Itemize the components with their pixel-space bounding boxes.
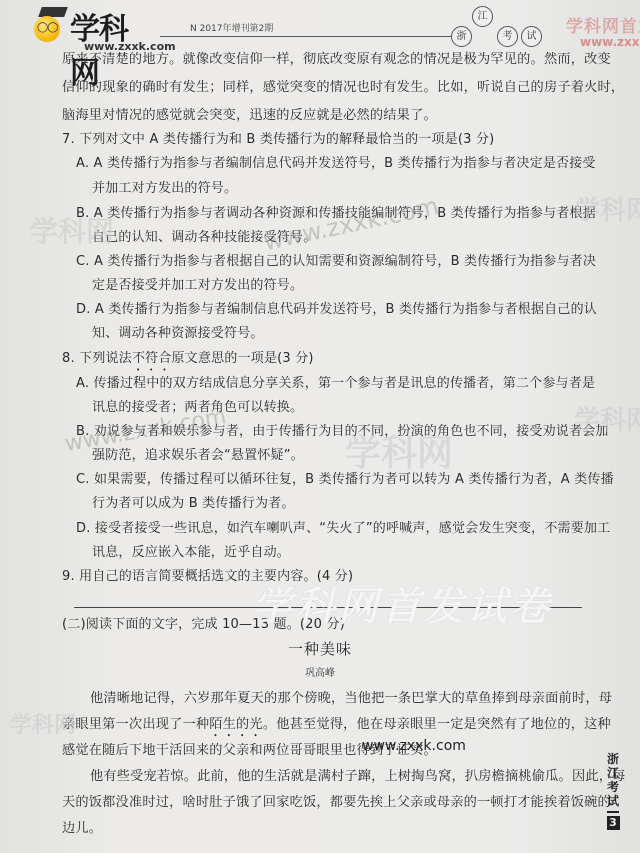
side-tab: 浙 江 考 试 3	[602, 752, 624, 830]
side-tab-char: 浙	[607, 752, 619, 766]
scanned-page: ◯◯ 学科网 www.zxxk.com N 2017年增刊第2期 浙 江 考 试…	[0, 0, 640, 853]
q7-option-a-cont: 并加工对方发出的符号。	[92, 178, 237, 200]
article-paragraph-line: 天的饭都没准时过，啥时肚子饿了回家吃饭，都要先挨上父亲或母亲的一顿打才能挨着饭碗…	[62, 792, 611, 814]
option-text: A 类传播行为指参与者根据自己的认知需要和资源编制符号，B 类传播行为指参与者决	[94, 254, 596, 269]
side-tab-char: 考	[607, 780, 619, 794]
side-tab-char: 试	[607, 794, 619, 808]
q8-option-b-cont: 强防范，追求娱乐者会“悬置怀疑”。	[92, 445, 304, 467]
article-paragraph-line: 他清晰地记得，六岁那年夏天的那个傍晚，当他把一条巴掌大的草鱼捧到母亲面前时，母	[90, 688, 612, 710]
seal-kao-icon: 考	[497, 26, 518, 47]
q7-option-d: D. A 类传播行为指参与者编制信息代码并发送符号，B 类传播行为指参与者根据自…	[76, 299, 597, 321]
option-text: A 类传播行为指参与者编制信息代码并发送符号，B 类传播行为指参与者决定是否接受	[94, 156, 596, 171]
option-text: 传播过程中的双方结成信息分享关系，第一个参与者是讯息的传播者，第二个参与者是	[94, 376, 596, 391]
stem-text: 8. 下列说法	[62, 351, 132, 366]
option-label: C.	[76, 472, 90, 487]
option-label: D.	[76, 521, 91, 536]
option-text: 接受者接受一些讯息，如汽车喇叭声、“失火了”的呼喊声，感觉会发生突变，不需要加工	[95, 521, 610, 536]
side-tab-dash	[607, 811, 619, 813]
watermark-url: www.zxxk.com	[362, 738, 466, 754]
option-label: C.	[76, 254, 90, 269]
seal-jiang-icon: 江	[472, 6, 493, 27]
side-tab-char: 江	[607, 766, 619, 780]
q8-option-a: A. 传播过程中的双方结成信息分享关系，第一个参与者是讯息的传播者，第二个参与者…	[76, 373, 595, 395]
question-7-stem: 7. 下列对文中 A 类传播行为和 B 类传播行为的解释最恰当的一项是(3 分)	[62, 129, 494, 151]
watermark-logo: 学科网	[345, 425, 453, 476]
article-paragraph-line: 他有些受宠若惊。此前，他的生活就是满村子蹿，上树掏鸟窝，扒房檐摘桃偷瓜。因此，每	[90, 766, 626, 788]
passage-line: 信仰的现象的确时有发生；同样，感觉突变的情况也时有发生。比如，听说自己的房子着火…	[62, 77, 624, 99]
article-paragraph-line: 亲眼里第一次出现了一种陌生的光。他甚至觉得，他在母亲眼里一定是突然有了地位的，这…	[62, 714, 611, 740]
page-header: ◯◯ 学科网 www.zxxk.com N 2017年增刊第2期 浙 江 考 试…	[0, 0, 640, 50]
question-8-stem: 8. 下列说法不符合原文意思的一项是(3 分)	[62, 348, 314, 374]
q7-option-c: C. A 类传播行为指参与者根据自己的认知需要和资源编制符号，B 类传播行为指参…	[76, 251, 596, 273]
watermark-logo: 学科网	[30, 210, 114, 250]
q7-option-c-cont: 定是否接受并加工对方发出的符号。	[92, 275, 303, 297]
seal-shi-icon: 试	[521, 26, 542, 47]
zxxk-logo: ◯◯ 学科网 www.zxxk.com	[4, 2, 154, 52]
option-label: D.	[76, 302, 91, 317]
watermark-first-release: 学科网首发试卷	[252, 575, 553, 632]
q8-option-c-cont: 行为者可以成为 B 类传播行为者。	[92, 493, 295, 515]
q8-option-d-cont: 讯息，反应嵌入本能，近乎自动。	[92, 542, 290, 564]
q7-option-a: A. A 类传播行为指参与者编制信息代码并发送符号，B 类传播行为指参与者决定是…	[76, 153, 596, 175]
emphasized-text: 陌生的光	[209, 717, 263, 732]
header-rule	[160, 36, 452, 37]
page-number: 3	[607, 816, 620, 830]
article-title: 一种美味	[0, 638, 640, 659]
option-label: A.	[76, 156, 89, 171]
article-author: 巩高峰	[0, 664, 640, 679]
passage-line: 原来不清楚的地方。就像改变信仰一样，彻底改变原有观念的情况是极为罕见的。然而，改…	[62, 49, 611, 71]
watermark-logo: 学科网	[574, 190, 640, 227]
passage-line: 脑海里对情况的感觉就会突变，迅速的反应就是必然的结果了。	[62, 105, 437, 127]
issue-label: N 2017年增刊第2期	[190, 21, 273, 34]
article-paragraph-line: 边儿。	[62, 818, 102, 840]
glasses-icon: ◯◯	[37, 22, 57, 33]
q8-option-d: D. 接受者接受一些讯息，如汽车喇叭声、“失火了”的呼喊声，感觉会发生突变，不需…	[76, 518, 610, 540]
option-label: A.	[76, 376, 89, 391]
watermark-logo: 学科网	[10, 708, 76, 739]
watermark-brand-top: 学科网首发	[566, 12, 640, 37]
option-text: A 类传播行为指参与者编制信息代码并发送符号，B 类传播行为指参与者根据自己的认	[95, 302, 597, 317]
emphasized-text: 不符合	[132, 351, 172, 366]
watermark-url: www.zxxk.com	[261, 192, 441, 256]
q7-option-d-cont: 知、调动各种资源接受符号。	[92, 323, 264, 345]
watermark-url-top: www.zxxk	[580, 35, 640, 49]
watermark-logo: 学科网	[574, 400, 640, 437]
seal-zhe-icon: 浙	[451, 26, 472, 47]
stem-text: 原文意思的一项是(3 分)	[172, 351, 314, 366]
